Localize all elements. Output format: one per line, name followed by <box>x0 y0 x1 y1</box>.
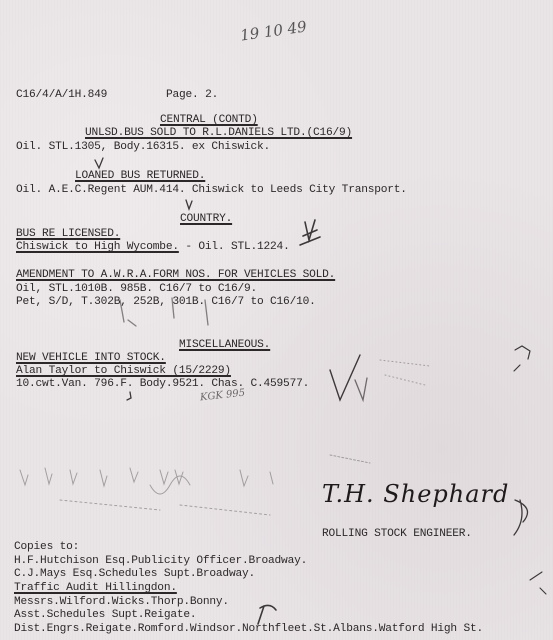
copy-recipient: H.F.Hutchison Esq.Publicity Officer.Broa… <box>14 555 307 568</box>
section-title-central: CENTRAL (CONTD) <box>160 114 258 127</box>
relicensed-vehicle: - Oil. STL.1224. <box>185 241 289 253</box>
page-number: Page. 2. <box>166 89 218 102</box>
relicensed-detail: Chiswick to High Wycombe. - Oil. STL.122… <box>16 241 290 254</box>
heading-bus-relicensed: BUS RE LICENSED. <box>16 228 120 241</box>
copy-recipient: Dist.Engrs.Reigate.Romford.Windsor.North… <box>14 623 483 636</box>
section-title-country: COUNTRY. <box>180 213 232 226</box>
copy-recipient: C.J.Mays Esq.Schedules Supt.Broadway. <box>14 568 255 581</box>
document-page: 19 10 49 C16/4/A/1H.849 Page. 2. CENTRAL… <box>0 0 553 640</box>
section-title-miscellaneous: MISCELLANEOUS. <box>179 339 270 352</box>
new-vehicle-route: Alan Taylor to Chiswick (15/2229) <box>16 365 231 378</box>
new-vehicle-detail: 10.cwt.Van. 796.F. Body.9521. Chas. C.45… <box>16 378 309 391</box>
heading-loaned-bus-returned: LOANED BUS RETURNED. <box>75 170 205 183</box>
reference-number: C16/4/A/1H.849 <box>16 89 107 102</box>
amendment-petrol-line: Pet, S/D, T.302B, 252B, 301B. C16/7 to C… <box>16 296 316 309</box>
copy-recipient: Traffic Audit Hillingdon. <box>14 582 177 595</box>
heading-awra-amendment: AMENDMENT TO A.W.R.A.FORM NOS. FOR VEHIC… <box>16 269 335 282</box>
copies-label: Copies to: <box>14 541 79 554</box>
handwritten-date: 19 10 49 <box>239 17 308 44</box>
relicensed-route: Chiswick to High Wycombe. <box>16 241 179 253</box>
signature: T.H. Shephard <box>322 480 509 508</box>
copy-recipient: Asst.Schedules Supt.Reigate. <box>14 609 196 622</box>
signatory-title: ROLLING STOCK ENGINEER. <box>322 528 472 541</box>
amendment-oil-line: Oil, STL.1010B. 985B. C16/7 to C16/9. <box>16 283 257 296</box>
heading-unlicensed-bus-sold: UNLSD.BUS SOLD TO R.L.DANIELS LTD.(C16/9… <box>85 127 352 140</box>
heading-new-vehicle: NEW VEHICLE INTO STOCK. <box>16 352 166 365</box>
loaned-bus-detail: Oil. A.E.C.Regent AUM.414. Chiswick to L… <box>16 184 407 197</box>
copy-recipient: Messrs.Wilford.Wicks.Thorp.Bonny. <box>14 596 229 609</box>
unlicensed-bus-detail: Oil. STL.1305, Body.16315. ex Chiswick. <box>16 141 270 154</box>
